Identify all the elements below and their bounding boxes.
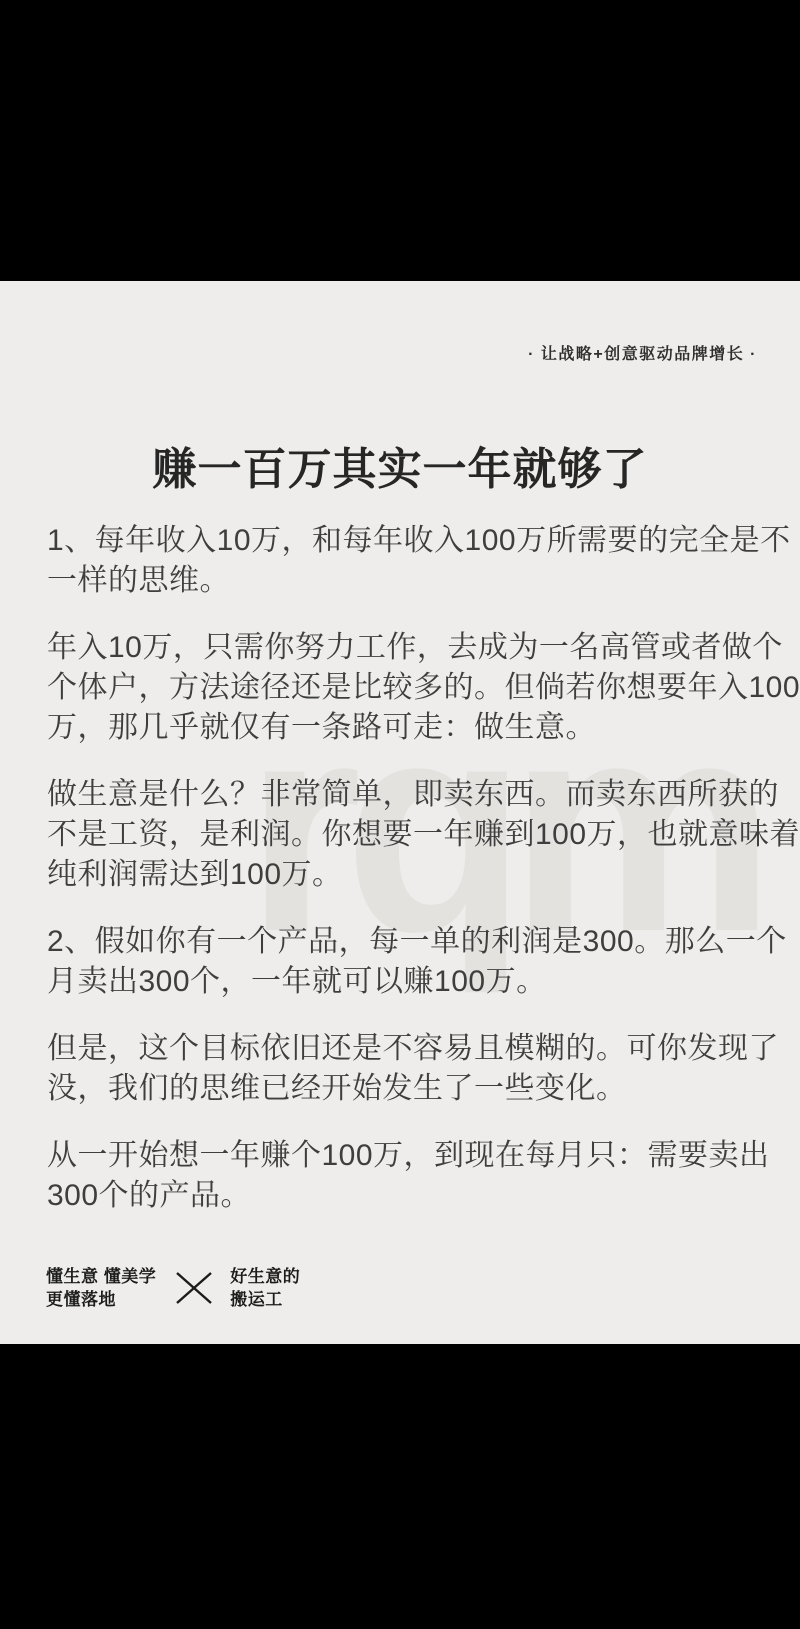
content-card: rqm · 让战略+创意驱动品牌增长 · 赚一百万其实一年就够了 1、每年收入1… [0, 281, 800, 1344]
article-body: 1、每年收入10万，和每年收入100万所需要的完全是不 一样的思维。 年入10万… [47, 521, 760, 1243]
text-line: 不是工资，是利润。你想要一年赚到100万，也就意味着 [47, 815, 760, 855]
text-line: 没，我们的思维已经开始发生了一些变化。 [47, 1069, 760, 1109]
text-line: 300个的产品。 [47, 1176, 760, 1216]
collab-x-icon [174, 1270, 214, 1306]
text-line: 从一开始想一年赚个100万，到现在每月只：需要卖出 [47, 1136, 760, 1176]
text-line: 做生意是什么？非常简单，即卖东西。而卖东西所获的 [47, 775, 760, 815]
footer-left-slogan: 懂生意 懂美学 更懂落地 [46, 1265, 156, 1311]
paragraph-3: 做生意是什么？非常简单，即卖东西。而卖东西所获的 不是工资，是利润。你想要一年赚… [47, 775, 760, 895]
text-line: 1、每年收入10万，和每年收入100万所需要的完全是不 [47, 521, 760, 561]
footer-right-line2: 搬运工 [230, 1288, 300, 1311]
text-line: 但是，这个目标依旧还是不容易且模糊的。可你发现了 [47, 1029, 760, 1069]
brand-tagline: · 让战略+创意驱动品牌增长 · [528, 341, 757, 364]
text-line: 月卖出300个，一年就可以赚100万。 [47, 962, 760, 1002]
paragraph-5: 但是，这个目标依旧还是不容易且模糊的。可你发现了 没，我们的思维已经开始发生了一… [47, 1029, 760, 1109]
text-line: 个体户，方法途径还是比较多的。但倘若你想要年入100 [47, 668, 760, 708]
page-title: 赚一百万其实一年就够了 [0, 433, 800, 497]
top-letterbox-bar [0, 0, 800, 281]
footer-left-line1: 懂生意 懂美学 [46, 1265, 156, 1288]
footer-right-line1: 好生意的 [230, 1265, 300, 1288]
screenshot-stage: rqm · 让战略+创意驱动品牌增长 · 赚一百万其实一年就够了 1、每年收入1… [0, 0, 800, 1629]
text-line: 年入10万，只需你努力工作，去成为一名高管或者做个 [47, 628, 760, 668]
text-line: 一样的思维。 [47, 561, 760, 601]
paragraph-1: 1、每年收入10万，和每年收入100万所需要的完全是不 一样的思维。 [47, 521, 760, 601]
bottom-letterbox-bar [0, 1344, 800, 1629]
paragraph-6: 从一开始想一年赚个100万，到现在每月只：需要卖出 300个的产品。 [47, 1136, 760, 1216]
text-line: 纯利润需达到100万。 [47, 855, 760, 895]
footer-left-line2: 更懂落地 [46, 1288, 156, 1311]
text-line: 万，那几乎就仅有一条路可走：做生意。 [47, 708, 760, 748]
paragraph-4: 2、假如你有一个产品，每一单的利润是300。那么一个 月卖出300个，一年就可以… [47, 922, 760, 1002]
paragraph-2: 年入10万，只需你努力工作，去成为一名高管或者做个 个体户，方法途径还是比较多的… [47, 628, 760, 748]
brand-footer: 懂生意 懂美学 更懂落地 好生意的 搬运工 [46, 1265, 300, 1311]
footer-right-slogan: 好生意的 搬运工 [230, 1265, 300, 1311]
text-line: 2、假如你有一个产品，每一单的利润是300。那么一个 [47, 922, 760, 962]
